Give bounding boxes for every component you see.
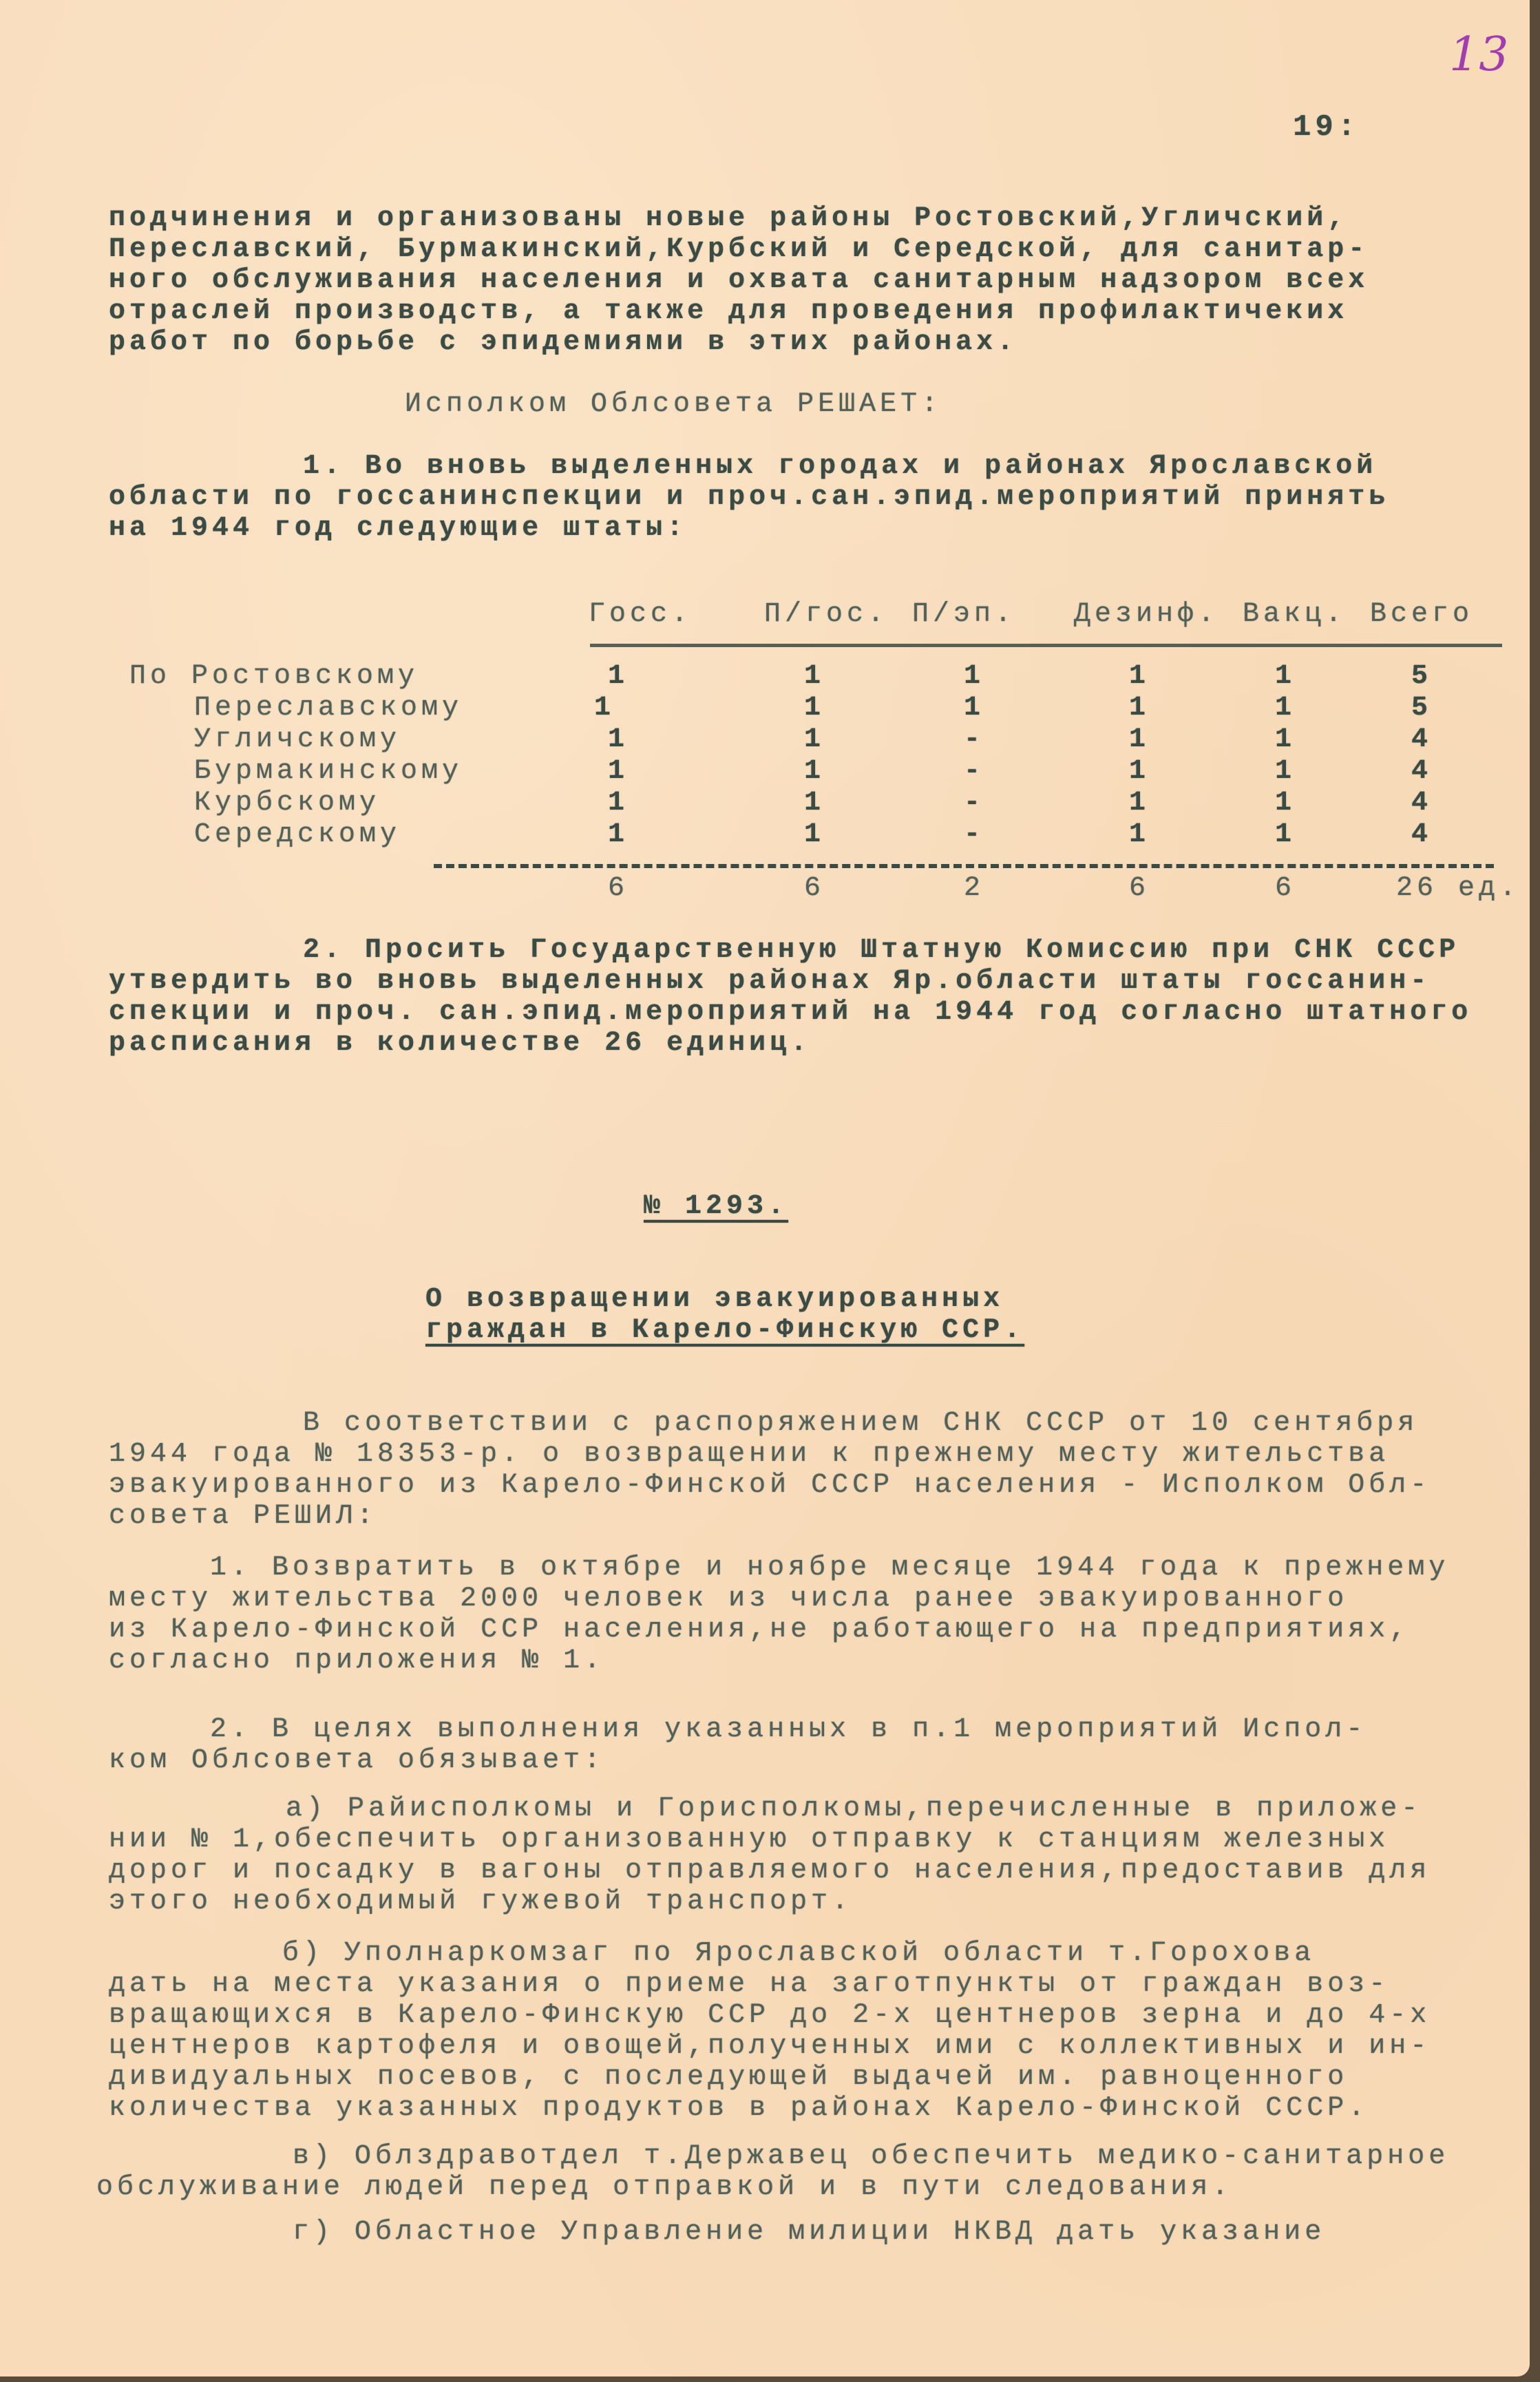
title-line: граждан в Карело-Финскую ССР. xyxy=(425,1315,1024,1346)
text-line: согласно приложения № 1. xyxy=(109,1645,604,1676)
total-cell: 6 xyxy=(1112,873,1167,904)
cell: 1 xyxy=(1112,661,1167,692)
cell: 1 xyxy=(591,661,646,692)
cell: - xyxy=(947,724,1002,755)
row-label: Курбскому xyxy=(194,788,380,819)
text-line: области по госсанинспекции и проч.сан.эп… xyxy=(109,482,1389,513)
cell: 1 xyxy=(947,661,1002,692)
text-line: совета РЕШИЛ: xyxy=(109,1501,377,1532)
cell: 1 xyxy=(591,819,646,850)
text-line: нии № 1,обеспечить организованную отправ… xyxy=(109,1824,1389,1855)
cell: 1 xyxy=(787,756,842,787)
text-line: в) Облздравотдел т.Державец обеспечить м… xyxy=(293,2141,1449,2172)
col-header-total: Всего xyxy=(1370,599,1473,630)
cell: 4 xyxy=(1394,819,1449,850)
cell: 1 xyxy=(1112,724,1167,755)
text-line: количества указанных продуктов в районах… xyxy=(109,2093,1369,2124)
cell: 1 xyxy=(787,661,842,692)
col-header-goss: Госс. xyxy=(589,599,692,630)
cell: 1 xyxy=(1112,756,1167,787)
text-line: 1. Во вновь выделенных городах и районах… xyxy=(303,451,1377,482)
cell: - xyxy=(947,756,1002,787)
col-header-p-gos: П/гос. xyxy=(764,599,888,630)
text-line: 2. В целях выполнения указанных в п.1 ме… xyxy=(210,1714,1367,1745)
text-line: Переславский, Бурмакинский,Курбский и Се… xyxy=(109,234,1369,265)
row-label: Угличскому xyxy=(194,724,401,755)
row-label: Переславскому xyxy=(194,693,463,724)
text-line: расписания в количестве 26 единиц. xyxy=(109,1028,811,1059)
text-line: дивидуальных посевов, с последующей выда… xyxy=(109,2062,1348,2093)
text-line: а) Райисполкомы и Горисполкомы,перечисле… xyxy=(286,1793,1422,1824)
text-line: г) Областное Управление милиции НКВД дат… xyxy=(293,2217,1325,2248)
total-cell: 6 xyxy=(1258,873,1313,904)
col-header-dezinf: Дезинф. xyxy=(1074,599,1219,630)
text-line: подчинения и организованы новые районы Р… xyxy=(109,203,1348,234)
text-line: обслуживание людей перед отправкой и в п… xyxy=(96,2172,1232,2203)
text-line: вращающихся в Карело-Финскую ССР до 2-х … xyxy=(109,2000,1431,2031)
text-line: В соответствии с распоряжением СНК СССР … xyxy=(303,1408,1418,1439)
text-line: месту жительства 2000 человек из числа р… xyxy=(109,1583,1348,1614)
total-cell: 2 xyxy=(947,873,1002,904)
cell: - xyxy=(947,788,1002,819)
text-line: отраслей производств, а также для провед… xyxy=(109,296,1348,327)
total-cell: 6 xyxy=(787,873,842,904)
col-header-vakts: Вакц. xyxy=(1243,599,1346,630)
cell: 1 xyxy=(1258,724,1313,755)
text-line: из Карело-Финской ССР населения,не работ… xyxy=(109,1614,1410,1645)
cell: 1 xyxy=(787,788,842,819)
cell: 1 xyxy=(1112,819,1167,850)
row-label: По Ростовскому xyxy=(129,661,419,692)
text-line: центнеров картофеля и овощей,полученных … xyxy=(109,2031,1431,2062)
cell: 1 xyxy=(1258,693,1313,724)
cell: 1 xyxy=(591,724,646,755)
cell: 1 xyxy=(1112,788,1167,819)
cell: 1 xyxy=(787,693,842,724)
cell: 1 xyxy=(1258,661,1313,692)
text-line: на 1944 год следующие штаты: xyxy=(109,513,687,544)
totals-rule xyxy=(434,864,1494,868)
cell: 4 xyxy=(1394,724,1449,755)
text-line: 1944 года № 18353-р. о возвращении к пре… xyxy=(109,1439,1389,1470)
col-header-p-ep: П/эп. xyxy=(912,599,1015,630)
text-line: дорог и посадку в вагоны отправляемого н… xyxy=(109,1855,1431,1886)
text-line: спекции и проч. сан.эпид.мероприятий на … xyxy=(109,997,1472,1028)
archive-sheet-number: 13 xyxy=(1449,28,1509,82)
title-line: О возвращении эвакуированных xyxy=(425,1284,1004,1315)
text-line: ного обслуживания населения и охвата сан… xyxy=(109,265,1369,296)
text-line: эвакуированного из Карело-Финской СССР н… xyxy=(109,1470,1431,1501)
text-line: б) Уполнаркомзаг по Ярославской области … xyxy=(282,1938,1315,1969)
cell: 1 xyxy=(1258,819,1313,850)
cell: 5 xyxy=(1394,693,1449,724)
row-label: Середскому xyxy=(194,819,401,850)
cell: 1 xyxy=(577,693,632,724)
cell: 4 xyxy=(1394,756,1449,787)
page-number: 19: xyxy=(1293,110,1360,145)
text-line: дать на места указания о приеме на загот… xyxy=(109,1969,1389,2000)
cell: 5 xyxy=(1394,661,1449,692)
decision-heading: Исполком Облсовета РЕШАЕТ: xyxy=(405,389,942,420)
text-line: 2. Просить Государственную Штатную Комис… xyxy=(303,935,1459,966)
cell: 1 xyxy=(591,788,646,819)
table-header-rule xyxy=(590,644,1502,647)
cell: 1 xyxy=(1258,788,1313,819)
total-cell-grand: 26 ед. xyxy=(1396,873,1520,904)
cell: 4 xyxy=(1394,788,1449,819)
cell: 1 xyxy=(787,724,842,755)
text-line: утвердить во вновь выделенных районах Яр… xyxy=(109,966,1431,997)
text-line: ком Облсовета обязывает: xyxy=(109,1745,604,1776)
cell: 1 xyxy=(1112,693,1167,724)
cell: 1 xyxy=(591,756,646,787)
cell: - xyxy=(947,819,1002,850)
cell: 1 xyxy=(1258,756,1313,787)
text-line: 1. Возвратить в октябре и ноябре месяце … xyxy=(210,1552,1449,1583)
text-line: этого необходимый гужевой транспорт. xyxy=(109,1886,852,1917)
cell: 1 xyxy=(947,693,1002,724)
total-cell: 6 xyxy=(591,873,646,904)
resolution-number: № 1293. xyxy=(644,1191,788,1222)
row-label: Бурмакинскому xyxy=(194,756,463,787)
text-line: работ по борьбе с эпидемиями в этих райо… xyxy=(109,327,1017,358)
document-page: 13 19: подчинения и организованы новые р… xyxy=(0,0,1530,2376)
cell: 1 xyxy=(787,819,842,850)
